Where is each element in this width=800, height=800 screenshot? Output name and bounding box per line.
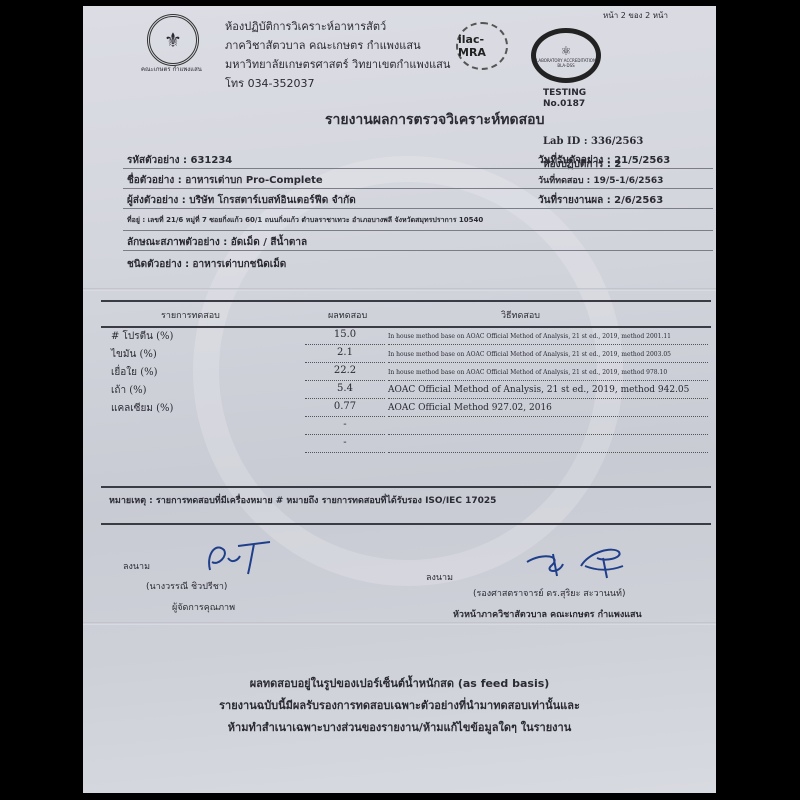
university-seal-icon: ⚜ (147, 14, 199, 66)
result-item: ไขมัน (%) (111, 347, 157, 362)
page-number: หน้า 2 ของ 2 หน้า (603, 9, 668, 22)
sample-type: ชนิดตัวอย่าง : อาหารเต่าบกชนิดเม็ด (127, 257, 286, 272)
sample-code: รหัสตัวอย่าง : 631234 (127, 153, 232, 168)
university-name: มหาวิทยาลัยเกษตรศาสตร์ วิทยาเขตกำแพงแสน (225, 55, 450, 74)
dotted-divider (305, 416, 385, 417)
result-value: 2.1 (300, 347, 390, 358)
report-date: วันที่รายงานผล : 2/6/2563 (538, 193, 663, 208)
right-signature-icon (523, 544, 633, 580)
result-item: เถ้า (%) (111, 383, 147, 398)
dotted-divider (388, 362, 708, 363)
result-method: In house method base on AOAC Official Me… (388, 369, 667, 376)
header-method: วิธีทดสอบ (501, 308, 540, 322)
phone-number: โทร 034-352037 (225, 74, 450, 93)
accreditation-note: หมายเหตุ : รายการทดสอบที่มีเครื่องหมาย #… (109, 493, 496, 507)
dotted-divider (388, 452, 708, 453)
result-value: 15.0 (300, 329, 390, 340)
testing-accreditation: TESTING No.0187 (543, 88, 586, 110)
result-item: แคลเซียม (%) (111, 401, 173, 416)
dotted-divider (388, 380, 708, 381)
result-value: 0.77 (300, 401, 390, 412)
right-sign-label: ลงนาม (426, 570, 453, 584)
seal-caption: คณะเกษตร กำแพงแสน (141, 64, 202, 74)
table-header-border (101, 326, 711, 328)
accreditation-logo-icon: ⚛ LABORATORY ACCREDITATION BLA-DSS (531, 28, 601, 83)
sample-sender: ผู้ส่งตัวอย่าง : บริษัท โกรสตาร์เบสท์อิน… (127, 193, 356, 208)
atom-icon: ⚛ (561, 44, 572, 58)
sender-address: ที่อยู่ : เลขที่ 21/6 หมู่ที่ 7 ซอยกิ่งแ… (127, 215, 483, 226)
footer-copy-note: ห้ามทำสำเนาเฉพาะบางส่วนของรายงาน/ห้ามแก้… (83, 718, 716, 736)
department-name: ภาควิชาสัตวบาล คณะเกษตร กำแพงแสน (225, 36, 450, 55)
result-item: # โปรตีน (%) (111, 329, 173, 344)
result-method: In house method base on AOAC Official Me… (388, 333, 671, 340)
dotted-divider (388, 398, 708, 399)
result-value: 22.2 (300, 365, 390, 376)
test-date: วันที่ทดสอบ : 19/5-1/6/2563 (538, 173, 663, 187)
dotted-divider (305, 380, 385, 381)
result-item: เยื่อใย (%) (111, 365, 158, 380)
left-signer-position: ผู้จัดการคุณภาพ (172, 600, 235, 614)
divider (123, 188, 713, 189)
received-date: วันที่รับตัวอย่าง : 21/5/2563 (538, 153, 670, 168)
lab-name: ห้องปฏิบัติการวิเคราะห์อาหารสัตว์ (225, 17, 450, 36)
dotted-divider (305, 398, 385, 399)
left-signer-name: (นางวรรณี ชิวปรีชา) (146, 579, 227, 593)
report-title: รายงานผลการตรวจวิเคราะห์ทดสอบ (325, 109, 544, 131)
paper-fold (83, 288, 716, 291)
header-test-item: รายการทดสอบ (161, 308, 220, 322)
divider (123, 208, 713, 209)
dotted-divider (388, 344, 708, 345)
accreditation-logo-text: LABORATORY ACCREDITATION BLA-DSS (536, 58, 596, 68)
ilac-logo-text: ilac-MRA (458, 33, 506, 59)
right-signer-position: หัวหน้าภาควิชาสัตวบาล คณะเกษตร กำแพงแสน (453, 607, 642, 621)
result-value: - (300, 419, 390, 430)
dotted-divider (305, 344, 385, 345)
right-signer-name: (รองศาสตราจารย์ ดร.สุริยะ สะวานนท์) (473, 586, 625, 600)
sample-condition: ลักษณะสภาพตัวอย่าง : อัดเม็ด / สีน้ำตาล (127, 235, 307, 250)
result-method: In house method base on AOAC Official Me… (388, 351, 671, 358)
dotted-divider (388, 416, 708, 417)
lab-header: ห้องปฏิบัติการวิเคราะห์อาหารสัตว์ ภาควิช… (225, 17, 450, 93)
dotted-divider (305, 362, 385, 363)
footer-basis-note: ผลทดสอบอยู่ในรูปของเปอร์เซ็นต์น้ำหนักสด … (83, 674, 716, 692)
result-method: AOAC Official Method 927.02, 2016 (388, 403, 552, 413)
result-value: 5.4 (300, 383, 390, 394)
header-result: ผลทดสอบ (328, 308, 367, 322)
dotted-divider (388, 434, 708, 435)
divider (123, 168, 713, 169)
table-top-border (101, 300, 711, 302)
result-method: AOAC Official Method of Analysis, 21 st … (388, 385, 689, 395)
sample-name: ชื่อตัวอย่าง : อาหารเต่าบก Pro-Complete (127, 173, 323, 188)
note-top-border (101, 486, 711, 488)
result-value: - (300, 437, 390, 448)
dotted-divider (305, 434, 385, 435)
note-bottom-border (101, 523, 711, 525)
divider (123, 230, 713, 231)
paper-fold (83, 622, 716, 625)
dotted-divider (305, 452, 385, 453)
footer-validity-note: รายงานฉบับนี้มีผลรับรองการทดสอบเฉพาะตัวอ… (83, 696, 716, 714)
ilac-mra-logo-icon: ilac-MRA (456, 22, 508, 70)
testing-label: TESTING (543, 88, 586, 99)
testing-number: No.0187 (543, 99, 586, 110)
lab-id: Lab ID : 336/2563 (543, 136, 643, 147)
left-signature-icon (198, 536, 278, 576)
divider (123, 250, 713, 251)
left-sign-label: ลงนาม (123, 559, 150, 573)
report-document: ⚜ คณะเกษตร กำแพงแสน ห้องปฏิบัติการวิเครา… (83, 6, 716, 793)
